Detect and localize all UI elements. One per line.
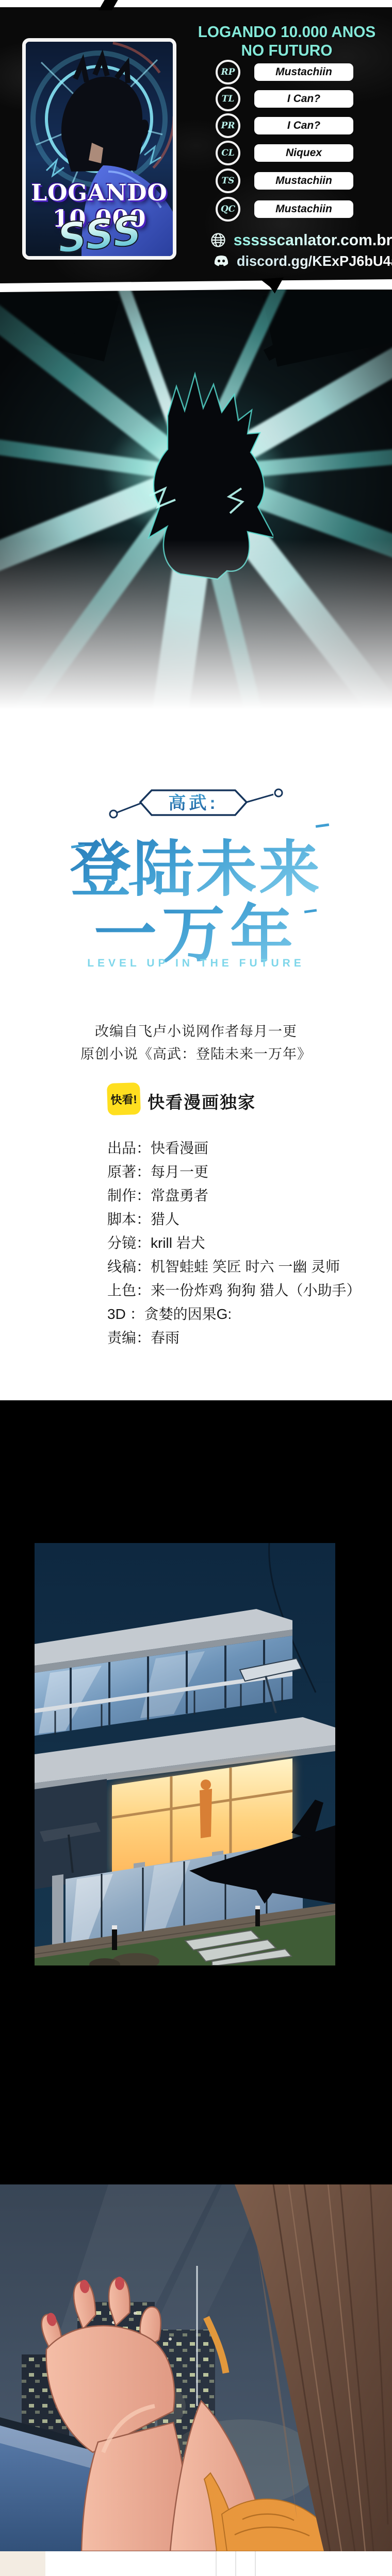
production-credit-line: 出品：快看漫画	[107, 1137, 392, 1160]
dark-shard	[263, 290, 392, 367]
header-title-line2: NO FUTURO	[186, 41, 388, 60]
credit-name-pill: I Can?	[254, 90, 353, 108]
manga-panel-night-house	[35, 1543, 335, 1965]
production-credit-line: 线稿：机智蛙蛙 笑匠 时六 一幽 灵师	[107, 1255, 392, 1279]
series-badge: 高武:	[105, 784, 291, 823]
role-badge: TL	[216, 87, 240, 111]
credit-name-pill: Mustachiin	[254, 200, 353, 218]
adaptation-note-line1: 改编自飞卢小说网作者每月一更	[0, 1020, 392, 1040]
production-credit-line: 制作：常盘勇者	[107, 1184, 392, 1208]
production-credit-line: 3D ：贪婪的因果G:	[107, 1302, 392, 1326]
production-credit-line: 责编：春雨	[107, 1326, 392, 1350]
role-badge: QC	[216, 197, 240, 222]
credit-name-pill: Mustachiin	[254, 63, 353, 81]
production-credit-line: 分镜：krill 岩犬	[107, 1231, 392, 1255]
website-row: ssssscanlator.com.br	[210, 231, 392, 249]
discord-icon	[214, 255, 229, 267]
footer-line	[216, 2551, 217, 2576]
panel-gutter	[0, 1400, 392, 2184]
footer-tint	[0, 2551, 45, 2576]
globe-icon	[210, 232, 226, 248]
credit-row: PR I Can?	[216, 114, 353, 138]
credit-name-pill: Niquex	[254, 144, 353, 162]
production-credits-list: 出品：快看漫画 原著：每月一更 制作：常盘勇者 脚本：猎人 分镜：krill 岩…	[107, 1137, 392, 1350]
kuaikan-logo-badge: 快看!	[107, 1082, 141, 1115]
production-credit-line: 原著：每月一更	[107, 1160, 392, 1184]
scanlation-header: LOGANDO 10.000 SSS LOGANDO 10.000 ANOS N…	[0, 7, 392, 284]
page-root: { "header": { "title_line1": "LOGANDO 10…	[0, 0, 392, 2576]
footer-line	[235, 2551, 236, 2576]
night-house-illustration	[35, 1543, 335, 1965]
role-badge: RP	[216, 60, 240, 84]
website-link: ssssscanlator.com.br	[234, 231, 392, 249]
cover-logo-line1: LOGANDO	[26, 180, 173, 206]
sss-scan-logo: SSS	[55, 208, 143, 263]
chapter-cover-art	[0, 290, 392, 752]
credit-row: RP Mustachiin	[216, 60, 353, 84]
role-badge: TS	[216, 168, 240, 193]
credit-row: TS Mustachiin	[216, 169, 353, 193]
discord-link: discord.gg/KExPJ6bU4a	[237, 253, 392, 269]
credit-name-pill: Mustachiin	[254, 172, 353, 190]
discord-row: discord.gg/KExPJ6bU4a	[214, 253, 392, 269]
woman-window-illustration	[0, 2184, 392, 2551]
role-badge: CL	[216, 141, 240, 165]
series-badge-label: 高武:	[168, 793, 218, 813]
series-header-title: LOGANDO 10.000 ANOS NO FUTURO	[186, 23, 388, 60]
credit-name-pill: I Can?	[254, 117, 353, 134]
credit-row: CL Niquex	[216, 141, 353, 165]
header-title-line1: LOGANDO 10.000 ANOS	[186, 23, 388, 41]
footer-line	[255, 2551, 256, 2576]
production-credit-line: 脚本：猎人	[107, 1208, 392, 1231]
manga-panel-woman-window	[0, 2184, 392, 2551]
art-white-fade	[0, 539, 392, 752]
top-strip	[0, 0, 392, 7]
role-badge: PR	[216, 113, 240, 138]
adaptation-note-line2: 原创小说《高武：登陆未来一万年》	[0, 1043, 392, 1063]
credit-row: QC Mustachiin	[216, 197, 353, 221]
credit-row: TL I Can?	[216, 87, 353, 111]
series-subtitle: LEVEL UP IN THE FUTURE	[0, 957, 392, 970]
kuaikan-exclusive-label: 快看漫画独家	[148, 1089, 256, 1113]
cover-thumbnail: LOGANDO 10.000 SSS	[22, 38, 176, 260]
production-credit-line: 上色：来一份炸鸡 狗狗 猎人（小助手）	[107, 1279, 392, 1302]
next-panel-white-band	[0, 2551, 392, 2576]
